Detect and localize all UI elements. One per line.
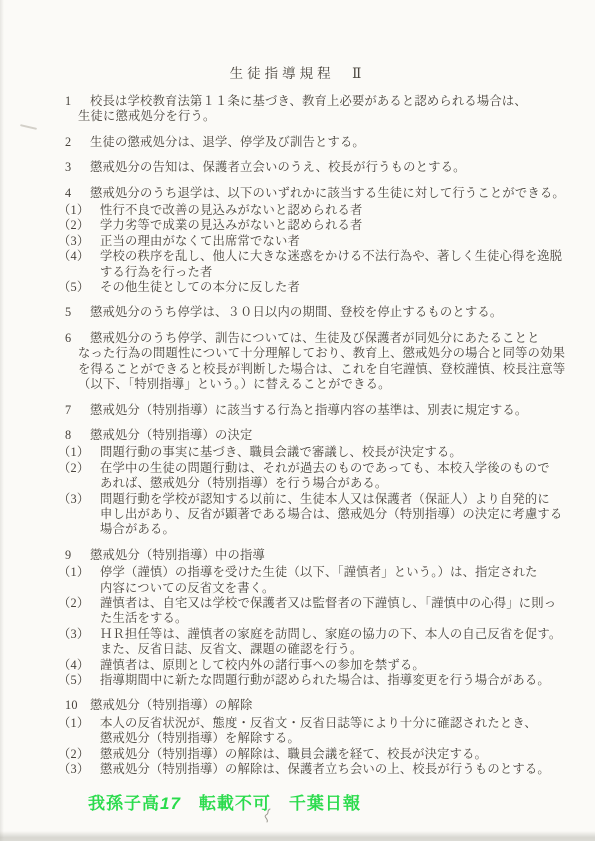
subitem-text: 正当の理由がなくて出席常でない者	[100, 234, 300, 248]
subitem-number: （1）	[58, 716, 100, 731]
item-text: 懲戒処分（特別指導）に該当する行為と指導内容の基準は、別表に規定する。	[90, 403, 527, 417]
regulation-item: 10懲戒処分（特別指導）の解除（1）本人の反省状況が、態度・反省文・反省日誌等に…	[65, 698, 577, 777]
subitem-number: （5）	[58, 280, 100, 295]
item-number: 9	[65, 548, 90, 563]
subitem-text: 停学（謹慎）の指導を受けた生徒（以下、「謹慎者」という。）は、指定された 内容に…	[100, 565, 538, 594]
subitem: （1）性行不良で改善の見込みがないと認められる者	[58, 203, 577, 218]
subitem: （1）停学（謹慎）の指導を受けた生徒（以下、「謹慎者」という。）は、指定された …	[58, 565, 577, 596]
item-text: 懲戒処分（特別指導）の解除	[90, 698, 252, 712]
item-number: 10	[65, 698, 90, 713]
item-number: 8	[65, 428, 90, 443]
item-text: 懲戒処分のうち退学は、以下のいずれかに該当する生徒に対して行うことができる。	[90, 186, 565, 200]
subitem-number: （4）	[58, 658, 100, 673]
subitem: （3）ＨＲ担任等は、謹慎者の家庭を訪問し、家庭の協力の下、本人の自己反省を促す。…	[58, 627, 577, 658]
item-number: 6	[65, 331, 90, 346]
subitem: （5）指導期間中に新たな問題行動が認められた場合は、指導変更を行う場合がある。	[58, 673, 577, 688]
item-head: 7懲戒処分（特別指導）に該当する行為と指導内容の基準は、別表に規定する。	[65, 403, 577, 418]
regulation-item: 1校長は学校教育法第１１条に基づき、教育上必要があると認められる場合は、 生徒に…	[65, 94, 577, 125]
subitem: （2）懲戒処分（特別指導）の解除は、職員会議を経て、校長が決定する。	[58, 747, 577, 762]
item-text: 校長は学校教育法第１１条に基づき、教育上必要があると認められる場合は、 生徒に懲…	[78, 94, 527, 123]
item-head: 5懲戒処分のうち停学は、３０日以内の期間、登校を停止するものとする。	[65, 305, 577, 320]
item-head: 1校長は学校教育法第１１条に基づき、教育上必要があると認められる場合は、 生徒に…	[65, 94, 577, 125]
subitem-number: （5）	[58, 673, 100, 688]
item-number: 4	[65, 186, 90, 201]
document-body: 1校長は学校教育法第１１条に基づき、教育上必要があると認められる場合は、 生徒に…	[65, 94, 577, 777]
subitem-text: 問題行動の事実に基づき、職員会議で審議し、校長が決定する。	[100, 445, 462, 459]
subitem-number: （3）	[58, 492, 100, 507]
subitem: （2）在学中の生徒の問題行動は、それが過去のものであっても、本校入学後のもので …	[58, 461, 577, 492]
subitem-text: 懲戒処分（特別指導）の解除は、職員会議を経て、校長が決定する。	[100, 747, 487, 761]
subitem-number: （3）	[58, 762, 100, 777]
subitem-number: （1）	[58, 445, 100, 460]
item-number: 7	[65, 403, 90, 418]
subitem-number: （2）	[58, 218, 100, 233]
subitem-number: （3）	[58, 627, 100, 642]
regulation-item: 2生徒の懲戒処分は、退学、停学及び訓告とする。	[65, 135, 577, 150]
regulation-item: 4懲戒処分のうち退学は、以下のいずれかに該当する生徒に対して行うことができる。（…	[65, 186, 577, 296]
item-text: 懲戒処分（特別指導）の決定	[90, 428, 252, 442]
squiggle-icon	[262, 808, 274, 824]
item-head: 3懲戒処分の告知は、保護者立会いのうえ、校長が行うものとする。	[65, 160, 577, 175]
item-number: 2	[65, 135, 90, 150]
subitem-number: （2）	[58, 747, 100, 762]
scan-edge-tint	[0, 0, 4, 841]
item-number: 3	[65, 160, 90, 175]
subitem-number: （1）	[58, 565, 100, 580]
item-text: 懲戒処分のうち停学、訓告については、生徒及び保護者が同処分にあたることと なった…	[78, 331, 565, 391]
item-head: 9懲戒処分（特別指導）中の指導	[65, 548, 577, 563]
regulation-item: 5懲戒処分のうち停学は、３０日以内の期間、登校を停止するものとする。	[65, 305, 577, 320]
subitem-text: 性行不良で改善の見込みがないと認められる者	[100, 203, 362, 217]
regulation-item: 6懲戒処分のうち停学、訓告については、生徒及び保護者が同処分にあたることと なっ…	[65, 331, 577, 393]
subitem: （4）謹慎者は、原則として校内外の諸行事への参加を禁ずる。	[58, 658, 577, 673]
subitem: （2）謹慎者は、自宅又は学校で保護者又は監督者の下謹慎し、「謹慎中の心得」に則っ…	[58, 596, 577, 627]
subitem-text: 問題行動を学校が認知する以前に、生徒本人又は保護者（保証人）より自発的に 申し出…	[100, 492, 562, 537]
subitem-number: （2）	[58, 461, 100, 476]
regulation-item: 3懲戒処分の告知は、保護者立会いのうえ、校長が行うものとする。	[65, 160, 577, 175]
subitem: （5）その他生徒としての本分に反した者	[58, 280, 577, 295]
subitem: （1）本人の反省状況が、態度・反省文・反省日誌等により十分に確認されたとき、 懲…	[58, 716, 577, 747]
item-head: 4懲戒処分のうち退学は、以下のいずれかに該当する生徒に対して行うことができる。	[65, 186, 577, 201]
subitem-text: 本人の反省状況が、態度・反省文・反省日誌等により十分に確認されたとき、 懲戒処分…	[100, 716, 537, 745]
subitem-text: ＨＲ担任等は、謹慎者の家庭を訪問し、家庭の協力の下、本人の自己反省を促す。 また…	[100, 627, 561, 656]
subitem-text: 学力劣等で成業の見込みがないと認められる者	[100, 218, 362, 232]
subitem: （3）問題行動を学校が認知する以前に、生徒本人又は保護者（保証人）より自発的に …	[58, 492, 577, 538]
item-number: 5	[65, 305, 90, 320]
document-page: 生徒指導規程 Ⅱ 1校長は学校教育法第１１条に基づき、教育上必要があると認められ…	[0, 0, 595, 841]
page-title: 生徒指導規程 Ⅱ	[0, 62, 595, 82]
watermark: 我孫子高17 転載不可 千葉日報	[88, 789, 361, 814]
subitem-list: （1）問題行動の事実に基づき、職員会議で審議し、校長が決定する。（2）在学中の生…	[65, 445, 577, 537]
subitem-number: （2）	[58, 596, 100, 611]
item-text: 生徒の懲戒処分は、退学、停学及び訓告とする。	[90, 135, 365, 149]
subitem-text: 謹慎者は、自宅又は学校で保護者又は監督者の下謹慎し、「謹慎中の心得」に則っ た生…	[100, 596, 556, 625]
watermark-number: 17	[160, 794, 181, 813]
subitem: （3）懲戒処分（特別指導）の解除は、保護者立ち会いの上、校長が行うものとする。	[58, 762, 577, 777]
subitem-number: （4）	[58, 249, 100, 264]
item-text: 懲戒処分のうち停学は、３０日以内の期間、登校を停止するものとする。	[90, 305, 502, 319]
subitem-list: （1）停学（謹慎）の指導を受けた生徒（以下、「謹慎者」という。）は、指定された …	[65, 565, 577, 688]
subitem: （2）学力劣等で成業の見込みがないと認められる者	[58, 218, 577, 233]
subitem-text: 学校の秩序を乱し、他人に大きな迷惑をかける不法行為や、著しく生徒心得を逸脱 する…	[100, 249, 562, 278]
subitem-text: 謹慎者は、原則として校内外の諸行事への参加を禁ずる。	[100, 658, 425, 672]
scan-edge-shadow	[0, 831, 595, 841]
item-text: 懲戒処分の告知は、保護者立会いのうえ、校長が行うものとする。	[90, 160, 466, 174]
regulation-item: 8懲戒処分（特別指導）の決定（1）問題行動の事実に基づき、職員会議で審議し、校長…	[65, 428, 577, 538]
item-number: 1	[65, 94, 90, 109]
scan-mark-artifact	[262, 808, 274, 829]
regulation-item: 9懲戒処分（特別指導）中の指導（1）停学（謹慎）の指導を受けた生徒（以下、「謹慎…	[65, 548, 577, 689]
subitem: （1）問題行動の事実に基づき、職員会議で審議し、校長が決定する。	[58, 445, 577, 460]
scan-scratch-artifact	[20, 124, 37, 130]
subitem-text: 懲戒処分（特別指導）の解除は、保護者立ち会いの上、校長が行うものとする。	[100, 762, 550, 776]
watermark-school: 我孫子高	[88, 794, 160, 813]
item-head: 10懲戒処分（特別指導）の解除	[65, 698, 577, 713]
subitem-text: 指導期間中に新たな問題行動が認められた場合は、指導変更を行う場合がある。	[100, 673, 550, 687]
subitem-list: （1）性行不良で改善の見込みがないと認められる者（2）学力劣等で成業の見込みがな…	[65, 203, 577, 295]
subitem-text: その他生徒としての本分に反した者	[100, 280, 300, 294]
subitem: （4）学校の秩序を乱し、他人に大きな迷惑をかける不法行為や、著しく生徒心得を逸脱…	[58, 249, 577, 280]
subitem: （3）正当の理由がなくて出席常でない者	[58, 234, 577, 249]
subitem-number: （3）	[58, 234, 100, 249]
item-head: 8懲戒処分（特別指導）の決定	[65, 428, 577, 443]
subitem-text: 在学中の生徒の問題行動は、それが過去のものであっても、本校入学後のもので あれば…	[100, 461, 550, 490]
item-head: 6懲戒処分のうち停学、訓告については、生徒及び保護者が同処分にあたることと なっ…	[65, 331, 577, 393]
item-head: 2生徒の懲戒処分は、退学、停学及び訓告とする。	[65, 135, 577, 150]
regulation-item: 7懲戒処分（特別指導）に該当する行為と指導内容の基準は、別表に規定する。	[65, 403, 577, 418]
subitem-number: （1）	[58, 203, 100, 218]
subitem-list: （1）本人の反省状況が、態度・反省文・反省日誌等により十分に確認されたとき、 懲…	[65, 716, 577, 778]
item-text: 懲戒処分（特別指導）中の指導	[90, 548, 265, 562]
